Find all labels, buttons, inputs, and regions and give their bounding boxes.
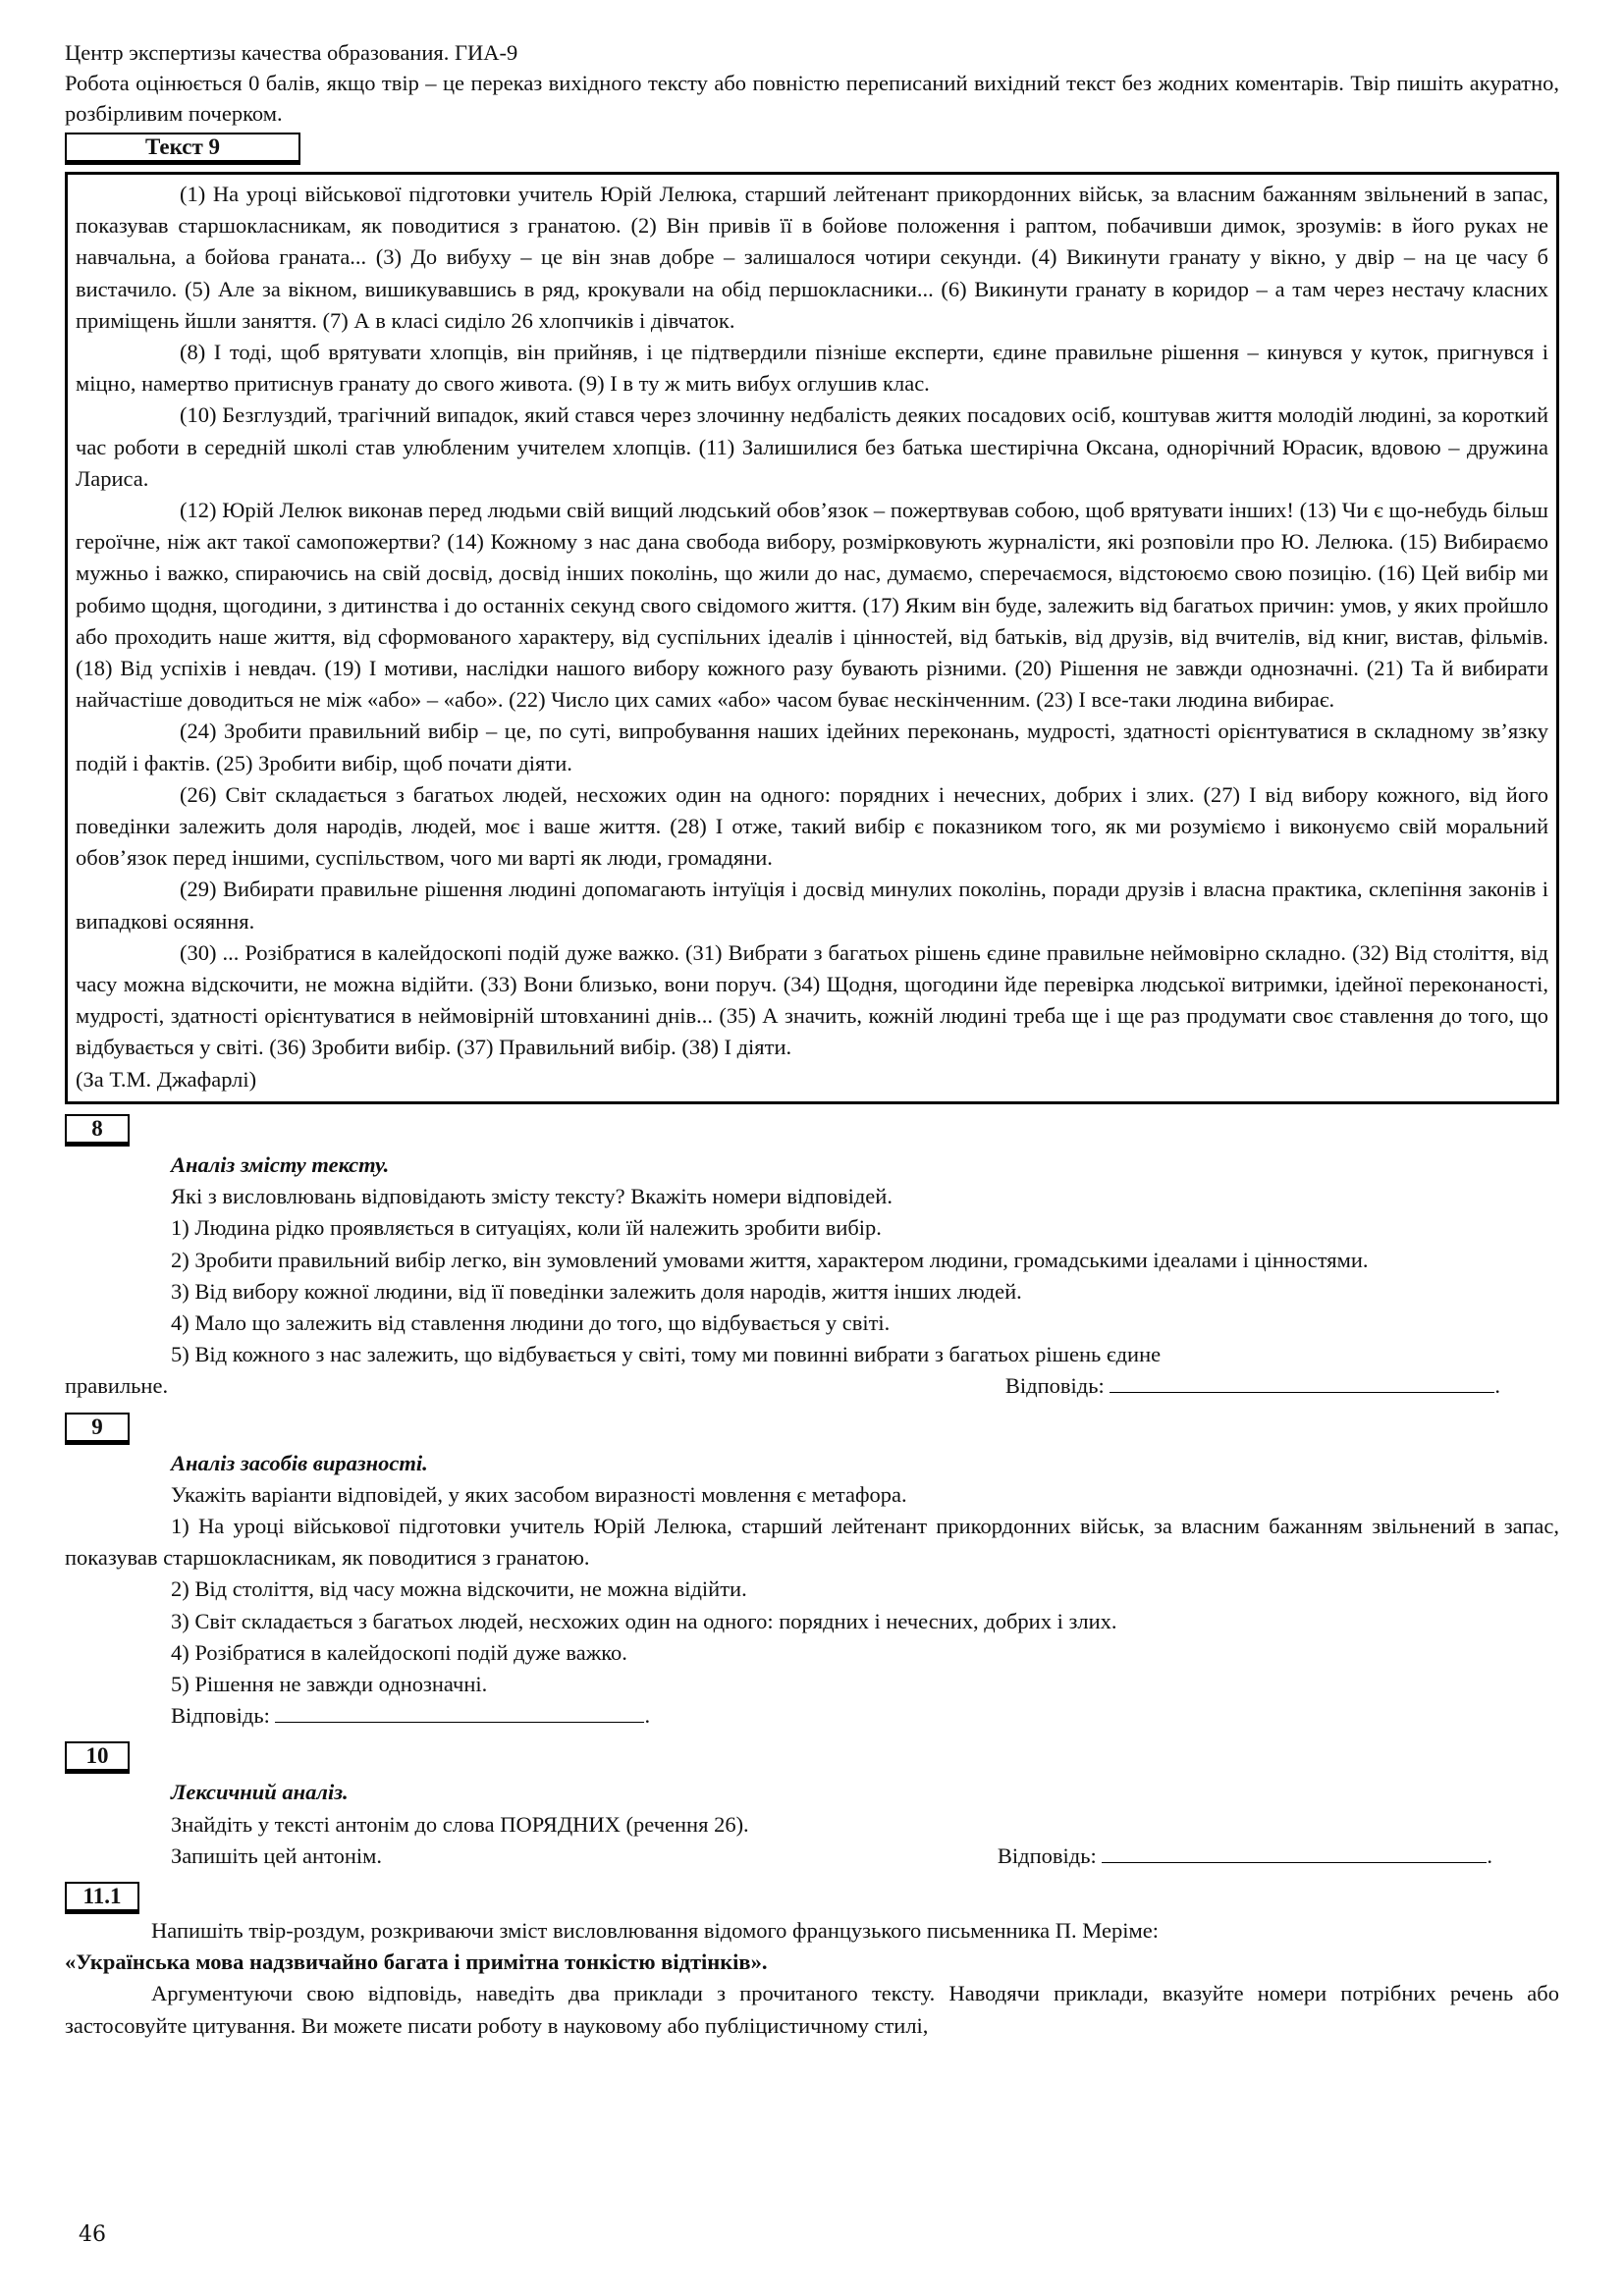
text-paragraph: (29) Вибирати правильне рішення людині д… — [76, 874, 1548, 936]
question-11-1-number: 11.1 — [65, 1882, 139, 1911]
text-paragraph: (26) Світ складається з багатьох людей, … — [76, 779, 1548, 875]
question-10-prompt: Знайдіть у тексті антонім до слова ПОРЯД… — [65, 1809, 1559, 1841]
answer-label: Відповідь: — [171, 1703, 270, 1728]
question-9-option: 3) Світ складається з багатьох людей, не… — [65, 1606, 1559, 1637]
text-paragraph: (12) Юрій Лелюк виконав перед людьми сві… — [76, 495, 1548, 716]
question-9-number: 9 — [65, 1413, 130, 1442]
question-9: Аналіз засобів виразності. Укажіть варіа… — [65, 1448, 1559, 1733]
question-8-option: 2) Зробити правильний вибір легко, він з… — [65, 1245, 1559, 1276]
document-page: Центр экспертизы качества образования. Г… — [65, 37, 1559, 2042]
question-9-answer-field[interactable] — [275, 1700, 644, 1723]
question-9-option: 2) Від століття, від часу можна відскочи… — [65, 1574, 1559, 1605]
question-10-answer-field[interactable] — [1102, 1841, 1487, 1863]
text-source: (За Т.М. Джафарлі) — [76, 1064, 1548, 1095]
question-9-title: Аналіз засобів виразності. — [65, 1448, 1559, 1479]
question-11-1: Напишіть твір-роздум, розкриваючи зміст … — [65, 1915, 1559, 2042]
header-title: Центр экспертизы качества образования. Г… — [65, 37, 1559, 68]
page-number: 46 — [79, 2222, 106, 2247]
text-paragraph: (8) І тоді, щоб врятувати хлопців, він п… — [76, 337, 1548, 400]
question-8-option: 1) Людина рідко проявляється в ситуаціях… — [65, 1212, 1559, 1244]
question-8-option: 5) Від кожного з нас залежить, що відбув… — [65, 1339, 1559, 1370]
question-8-title: Аналіз змісту тексту. — [65, 1149, 1559, 1181]
question-8-answer-field[interactable] — [1110, 1370, 1494, 1393]
header-instructions: Робота оцінюється 0 балів, якщо твір – ц… — [65, 68, 1559, 129]
page-header: Центр экспертизы качества образования. Г… — [65, 37, 1559, 129]
text-paragraph: (10) Безглуздий, трагічний випадок, який… — [76, 400, 1548, 495]
question-8-number: 8 — [65, 1114, 130, 1144]
question-8-option: 4) Мало що залежить від ставлення людини… — [65, 1308, 1559, 1339]
text-label-box: Текст 9 — [65, 133, 300, 162]
question-8-prompt: Які з висловлювань відповідають змісту т… — [65, 1181, 1559, 1212]
question-10-number: 10 — [65, 1741, 130, 1771]
question-11-1-body: Аргументуючи свою відповідь, наведіть дв… — [65, 1978, 1559, 2041]
question-10-title: Лексичний аналіз. — [65, 1777, 1559, 1808]
question-9-option: 5) Рішення не завжди однозначні. — [65, 1669, 1559, 1700]
answer-period: . — [1487, 1843, 1492, 1868]
question-10: Лексичний аналіз. Знайдіть у тексті анто… — [65, 1777, 1559, 1872]
answer-label: Відповідь: — [1005, 1373, 1105, 1398]
answer-period: . — [1494, 1373, 1500, 1398]
question-8: Аналіз змісту тексту. Які з висловлювань… — [65, 1149, 1559, 1403]
question-9-prompt: Укажіть варіанти відповідей, у яких засо… — [65, 1479, 1559, 1511]
answer-period: . — [644, 1703, 650, 1728]
question-9-option: 4) Розібратися в калейдоскопі подій дуже… — [65, 1637, 1559, 1669]
question-8-option-end: правильне. — [65, 1370, 168, 1402]
reading-text-box: (1) На уроці військової підготовки учите… — [65, 172, 1559, 1104]
question-11-1-intro: Напишіть твір-роздум, розкриваючи зміст … — [65, 1915, 1559, 1947]
question-11-1-quote: «Українська мова надзвичайно багата і пр… — [65, 1947, 1559, 1978]
question-9-option: 1) На уроці військової підготовки учител… — [65, 1511, 1559, 1574]
question-8-option: 3) Від вибору кожної людини, від її пове… — [65, 1276, 1559, 1308]
text-paragraph: (1) На уроці військової підготовки учите… — [76, 179, 1548, 337]
text-paragraph: (24) Зробити правильний вибір – це, по с… — [76, 716, 1548, 778]
question-10-instruction: Запишіть цей антонім. — [171, 1841, 382, 1872]
text-paragraph: (30) ... Розібратися в калейдоскопі поді… — [76, 937, 1548, 1064]
answer-label: Відповідь: — [998, 1843, 1097, 1868]
